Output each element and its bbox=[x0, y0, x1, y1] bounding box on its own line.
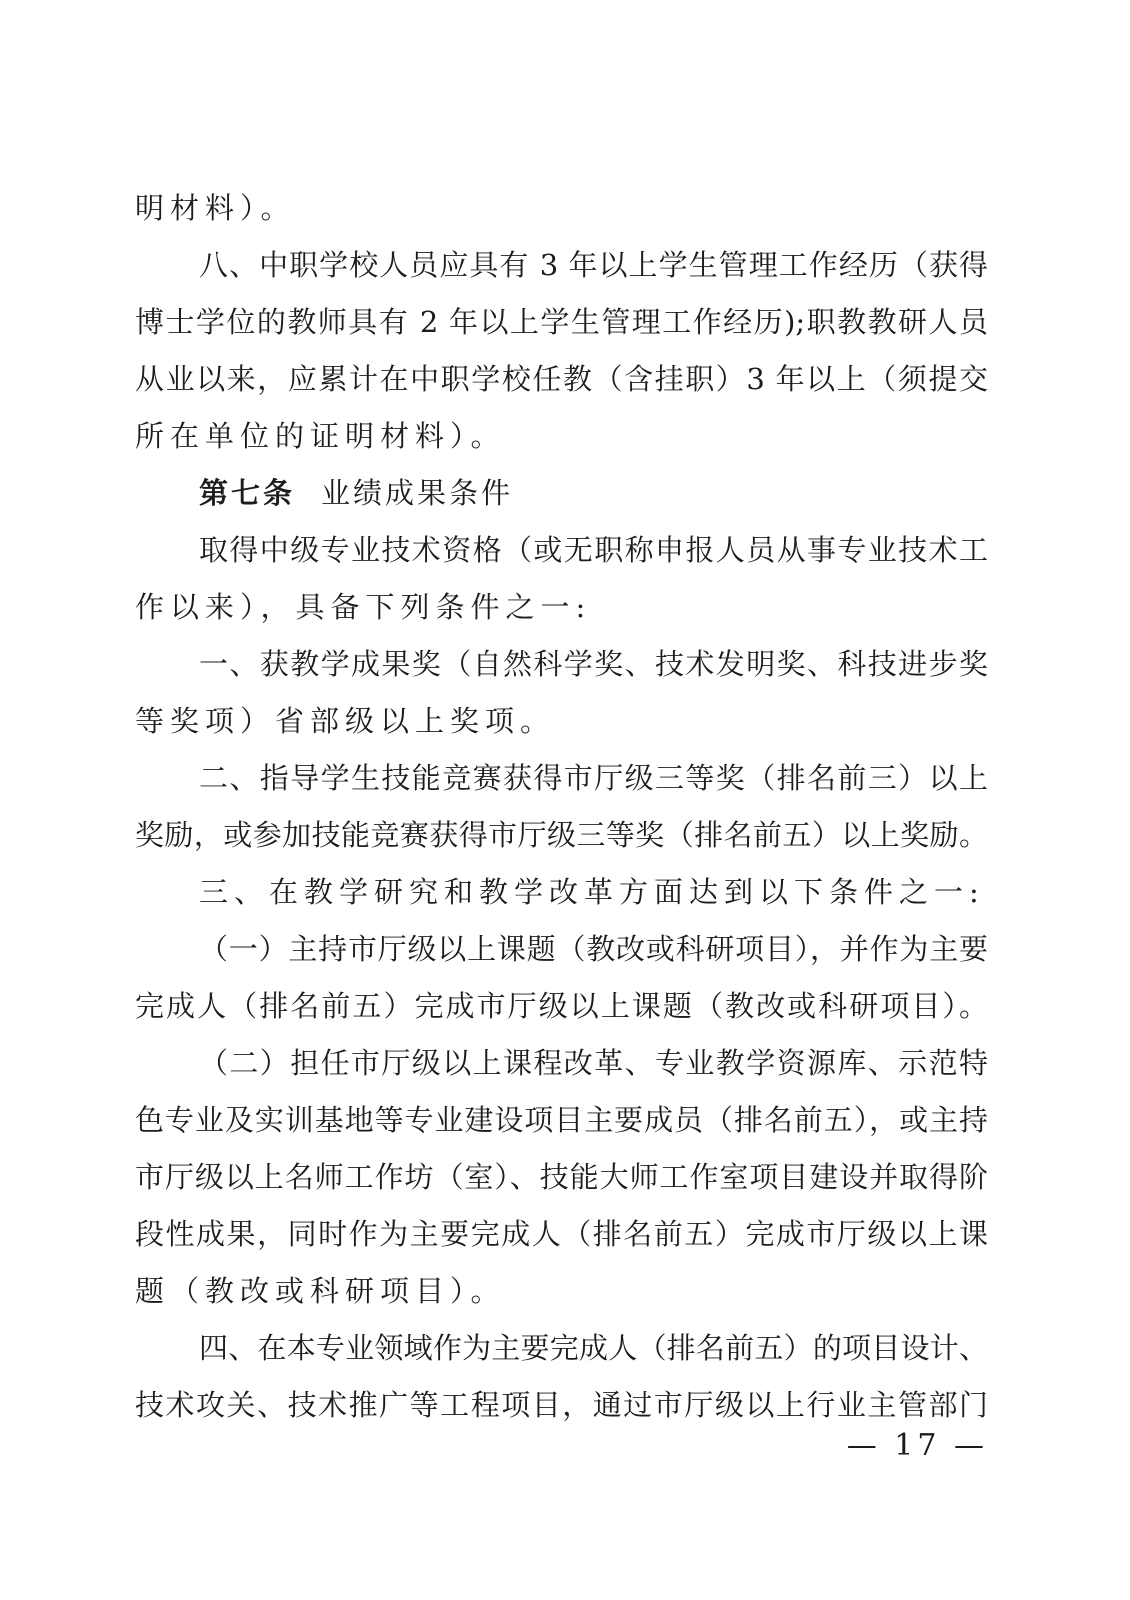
body-line: 从业以来，应累计在中职学校任教（含挂职）3 年以上（须提交 bbox=[135, 351, 988, 408]
section-heading: 第七条业绩成果条件 bbox=[135, 465, 988, 522]
document-page: 明材料）。 八、中职学校人员应具有 3 年以上学生管理工作经历（获得 博士学位的… bbox=[0, 0, 1130, 1600]
body-line: 取得中级专业技术资格（或无职称申报人员从事专业技术工 bbox=[135, 522, 988, 579]
body-line: 题（教改或科研项目）。 bbox=[135, 1263, 988, 1320]
body-line: 段性成果，同时作为主要完成人（排名前五）完成市厅级以上课 bbox=[135, 1206, 988, 1263]
body-line: 明材料）。 bbox=[135, 180, 988, 237]
section-heading-title: 业绩成果条件 bbox=[321, 476, 513, 510]
body-line: 二、指导学生技能竞赛获得市厅级三等奖（排名前三）以上 bbox=[135, 750, 988, 807]
body-line: 四、在本专业领域作为主要完成人（排名前五）的项目设计、 bbox=[135, 1320, 988, 1377]
body-line: 完成人（排名前五）完成市厅级以上课题（教改或科研项目）。 bbox=[135, 978, 988, 1035]
body-line: 三、在教学研究和教学改革方面达到以下条件之一: bbox=[135, 864, 988, 921]
section-heading-number: 第七条 bbox=[199, 476, 295, 510]
body-line: 市厅级以上名师工作坊（室）、技能大师工作室项目建设并取得阶 bbox=[135, 1149, 988, 1206]
body-line: 等奖项）省部级以上奖项。 bbox=[135, 693, 988, 750]
body-line: （二）担任市厅级以上课程改革、专业教学资源库、示范特 bbox=[135, 1035, 988, 1092]
body-line: 八、中职学校人员应具有 3 年以上学生管理工作经历（获得 bbox=[135, 237, 988, 294]
page-number: — 17 — bbox=[847, 1424, 988, 1468]
body-line: 色专业及实训基地等专业建设项目主要成员（排名前五），或主持 bbox=[135, 1092, 988, 1149]
body-line: 一、获教学成果奖（自然科学奖、技术发明奖、科技进步奖 bbox=[135, 636, 988, 693]
body-line: 奖励，或参加技能竞赛获得市厅级三等奖（排名前五）以上奖励。 bbox=[135, 807, 988, 864]
body-line: 博士学位的教师具有 2 年以上学生管理工作经历);职教教研人员 bbox=[135, 294, 988, 351]
body-line: （一）主持市厅级以上课题（教改或科研项目），并作为主要 bbox=[135, 921, 988, 978]
body-line: 所在单位的证明材料）。 bbox=[135, 408, 988, 465]
document-body: 明材料）。 八、中职学校人员应具有 3 年以上学生管理工作经历（获得 博士学位的… bbox=[135, 180, 988, 1434]
body-line: 作以来），具备下列条件之一: bbox=[135, 579, 988, 636]
